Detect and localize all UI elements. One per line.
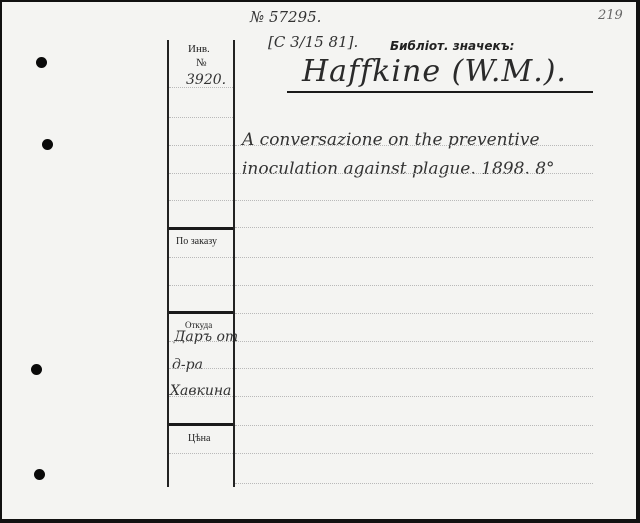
ruled-line bbox=[235, 145, 593, 146]
row-rule bbox=[169, 368, 233, 369]
punch-hole bbox=[42, 139, 53, 150]
ruled-line bbox=[235, 396, 593, 397]
library-mark-label: Библіот. значекъ: bbox=[390, 39, 514, 53]
row-rule bbox=[169, 257, 233, 258]
shelf-mark: [C 3/15 81]. bbox=[268, 33, 358, 51]
ruled-line bbox=[235, 368, 593, 369]
row-rule bbox=[169, 285, 233, 286]
inventory-label: Инв. bbox=[188, 43, 210, 55]
source-line-1: Даръ от bbox=[174, 329, 238, 345]
column-divider bbox=[233, 40, 235, 487]
punch-hole bbox=[36, 57, 47, 68]
punch-hole bbox=[34, 469, 45, 480]
author-heading: Haffkine (W.M.). bbox=[302, 54, 567, 89]
price-label: Цѣна bbox=[188, 433, 210, 444]
author-underline bbox=[287, 91, 593, 93]
title-line-2: inoculation against plague. 1898. 8° bbox=[242, 159, 555, 179]
ruled-line bbox=[235, 173, 593, 174]
ruled-line bbox=[235, 483, 593, 484]
ruled-line bbox=[235, 200, 593, 201]
ruled-line bbox=[235, 285, 593, 286]
ruled-line bbox=[235, 313, 593, 314]
section-rule bbox=[169, 311, 233, 314]
title-line-1: A conversazione on the preventive bbox=[242, 130, 540, 150]
row-rule bbox=[169, 117, 233, 118]
source-line-2: д-ра bbox=[172, 357, 203, 373]
ruled-line bbox=[235, 257, 593, 258]
punch-hole bbox=[31, 364, 42, 375]
row-rule bbox=[169, 341, 233, 342]
row-rule bbox=[169, 396, 233, 397]
row-rule bbox=[169, 145, 233, 146]
ruled-line bbox=[235, 341, 593, 342]
page-number: 219 bbox=[598, 8, 623, 23]
row-rule bbox=[169, 87, 233, 88]
row-rule bbox=[169, 173, 233, 174]
ruled-line bbox=[235, 453, 593, 454]
inventory-number: 3920. bbox=[186, 72, 226, 88]
catalog-card: № 57295. [C 3/15 81]. 219 Библіот. значе… bbox=[2, 2, 636, 519]
section-rule bbox=[169, 227, 233, 230]
accession-number: № 57295. bbox=[250, 8, 321, 26]
left-column-border bbox=[167, 40, 169, 487]
number-sign: № bbox=[196, 57, 207, 69]
section-rule bbox=[169, 423, 233, 426]
ruled-line bbox=[235, 227, 593, 228]
ruled-line bbox=[235, 425, 593, 426]
order-label: По заказу bbox=[176, 236, 217, 247]
row-rule bbox=[169, 200, 233, 201]
row-rule bbox=[169, 453, 233, 454]
